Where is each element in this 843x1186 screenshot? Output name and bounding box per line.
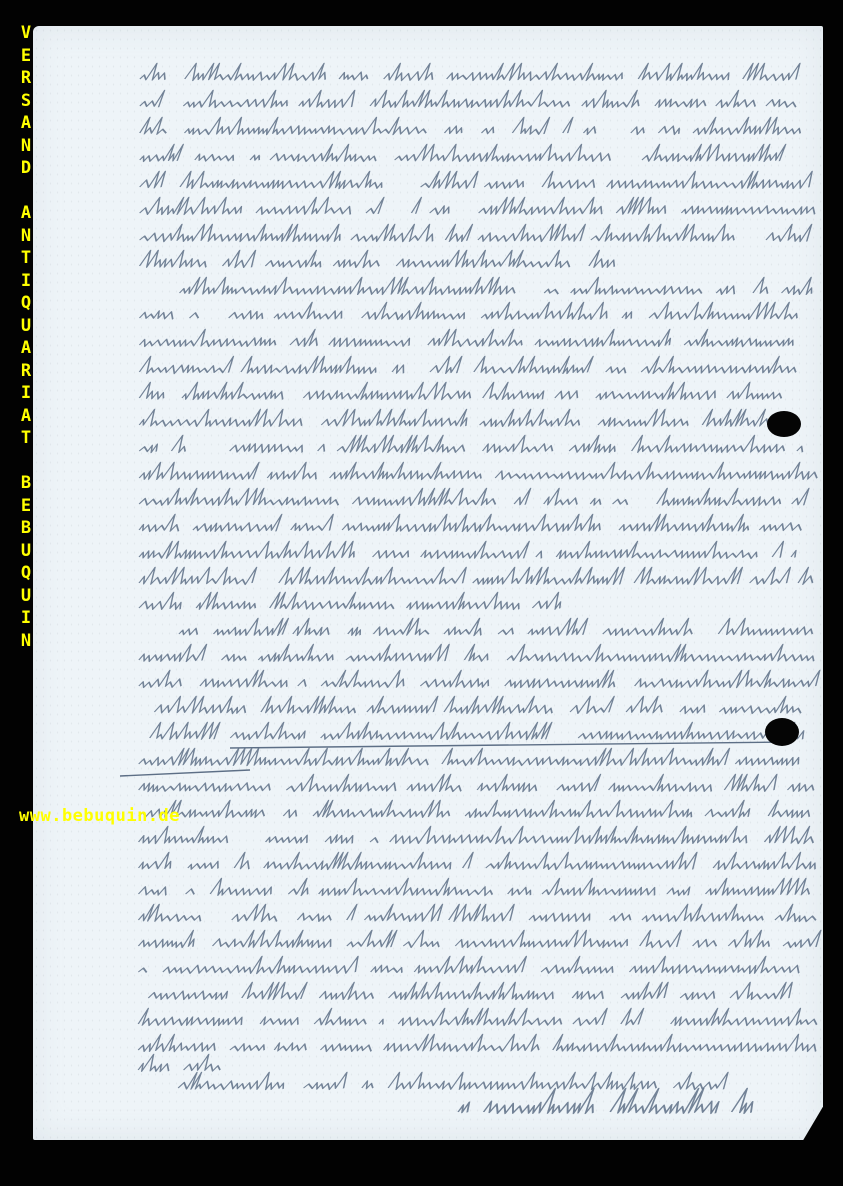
watermark-letter: I — [18, 607, 34, 630]
watermark-url: www.bebuquin.de — [19, 806, 180, 826]
handwriting-line — [154, 696, 825, 713]
handwriting-line — [138, 852, 824, 869]
watermark-letter: Q — [18, 562, 34, 585]
handwriting-line — [139, 117, 809, 134]
handwriting-line — [138, 462, 825, 479]
watermark-letter: R — [18, 67, 34, 90]
handwriting-line — [139, 144, 805, 161]
handwriting-line — [457, 1089, 763, 1114]
watermark-letter: B — [18, 472, 34, 495]
underline-stroke — [120, 770, 250, 776]
handwriting-line — [138, 670, 824, 687]
watermark-letter: B — [18, 517, 34, 540]
handwriting-line — [147, 982, 813, 999]
ink-blot — [765, 718, 799, 746]
handwriting-line — [139, 409, 782, 426]
watermark-letter: N — [18, 225, 34, 248]
handwriting-line — [138, 644, 823, 661]
handwriting-line — [138, 826, 822, 843]
handwriting-line — [138, 592, 568, 609]
handwriting-line — [139, 171, 817, 188]
handwriting-line — [138, 800, 818, 817]
watermark-letter: E — [18, 495, 34, 518]
handwriting-line — [179, 277, 820, 294]
watermark-letter: A — [18, 337, 34, 360]
watermark-letter — [18, 180, 34, 203]
handwriting-line — [139, 63, 824, 80]
handwriting-line — [137, 1034, 824, 1051]
watermark-letter — [18, 450, 34, 473]
watermark-letter: T — [18, 247, 34, 270]
handwriting-line — [138, 904, 825, 921]
underline-stroke — [230, 742, 790, 748]
handwriting-line — [137, 1054, 243, 1071]
watermark-letter: U — [18, 540, 34, 563]
handwriting-line — [138, 748, 825, 765]
handwriting-line — [138, 488, 812, 505]
watermark-letter: R — [18, 360, 34, 383]
handwriting-line — [138, 514, 809, 531]
handwriting-line — [139, 197, 824, 214]
handwriting-line — [177, 1072, 732, 1089]
handwriting-line — [139, 356, 805, 373]
handwriting-line — [137, 1008, 825, 1025]
watermark-letter: Q — [18, 292, 34, 315]
watermark-letter: U — [18, 585, 34, 608]
handwriting-line — [139, 224, 835, 241]
handwriting-line — [138, 930, 825, 947]
handwriting-line — [149, 722, 812, 739]
watermark-letter: D — [18, 157, 34, 180]
watermark-letter: A — [18, 202, 34, 225]
handwriting-line — [138, 541, 822, 558]
watermark-letter: T — [18, 427, 34, 450]
handwriting-line — [138, 956, 808, 973]
handwriting-line — [138, 774, 822, 791]
watermark-letter: E — [18, 45, 34, 68]
handwriting-line — [139, 90, 805, 107]
watermark-letter: I — [18, 382, 34, 405]
handwriting-line — [138, 878, 829, 895]
handwriting-line — [139, 250, 623, 267]
ink-blot — [767, 411, 801, 437]
handwriting-line — [138, 435, 811, 452]
watermark-letter: S — [18, 90, 34, 113]
handwriting-line — [139, 382, 790, 399]
watermark-letter: A — [18, 112, 34, 135]
watermark-letter: V — [18, 22, 34, 45]
handwriting-line — [139, 329, 802, 346]
handwriting-line — [138, 567, 821, 584]
handwriting-line — [139, 302, 806, 319]
watermark-vertical-text: VERSAND ANTIQUARIAT BEBUQUIN — [18, 22, 34, 652]
handwritten-text — [0, 0, 843, 1186]
handwriting-line — [178, 618, 821, 635]
watermark-letter: A — [18, 405, 34, 428]
watermark-letter: N — [18, 135, 34, 158]
watermark-letter: I — [18, 270, 34, 293]
watermark-letter: N — [18, 630, 34, 653]
watermark-letter: U — [18, 315, 34, 338]
